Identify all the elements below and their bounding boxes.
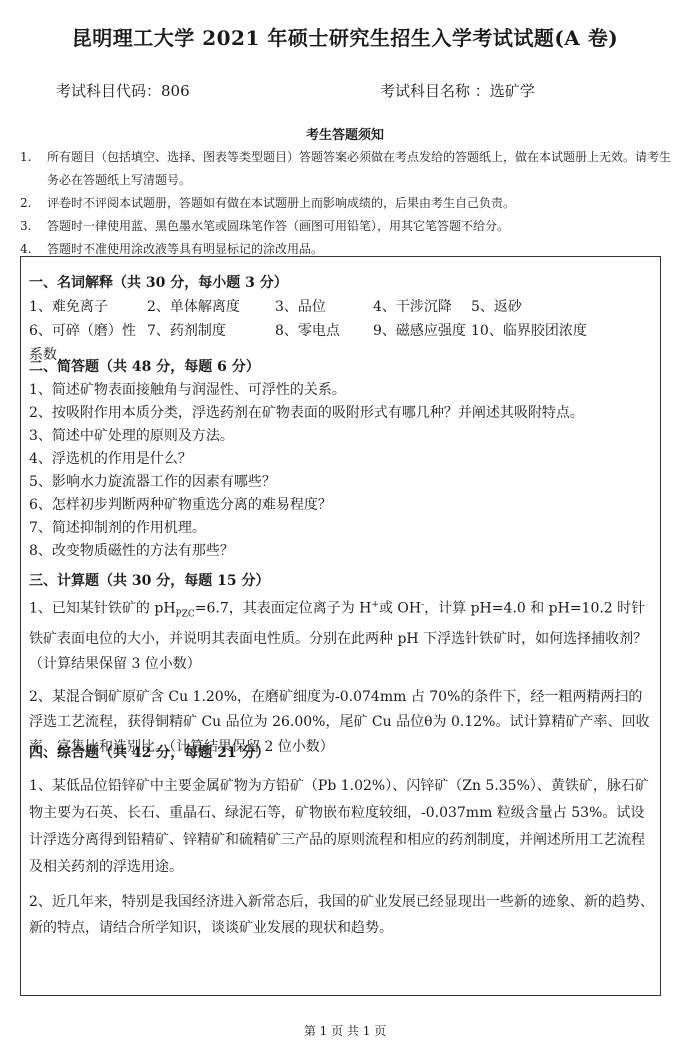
notice-item: 3. 答题时一律使用蓝、黑色墨水笔或圆珠笔作答（画图可用铅笔），用其它笔答题不给… <box>20 215 680 238</box>
section-heading: 二、简答题（共 48 分，每题 6 分） <box>29 355 654 379</box>
section-term-definitions: 一、名词解释（共 30 分，每小题 3 分） 1、难免离子 2、单体解离度 3、… <box>29 271 654 367</box>
notice-item: 2. 评卷时不评阅本试题册，答题如有做在本试题册上而影响成绩的，后果由考生自己负… <box>20 192 680 215</box>
question: 2、按吸附作用本质分类，浮选药剂在矿物表面的吸附形式有哪几种？并阐述其吸附特点。 <box>29 402 654 425</box>
notice-text: 所有题目（包括填空、选择、图表等类型题目）答题答案必须做在考点发给的答题纸上，做… <box>47 146 680 192</box>
question: 1、某低品位铅锌矿中主要金属矿物为方铅矿（Pb 1.02%）、闪锌矿（Zn 5.… <box>29 773 654 881</box>
question: 8、改变物质磁性的方法有那些？ <box>29 540 654 563</box>
notice-list: 1. 所有题目（包括填空、选择、图表等类型题目）答题答案必须做在考点发给的答题纸… <box>20 146 680 261</box>
question-text: 或 OH <box>379 601 421 617</box>
section-heading: 三、计算题（共 30 分，每题 15 分） <box>29 569 654 593</box>
section-calculation: 三、计算题（共 30 分，每题 15 分） 1、已知某针铁矿的 pHPZC=6.… <box>29 569 654 760</box>
term-item: 1、难免离子 <box>29 295 147 319</box>
question-text: 1、已知某针铁矿的 pH <box>29 601 176 617</box>
question: 6、怎样初步判断两种矿物重选分离的难易程度？ <box>29 494 654 517</box>
notice-item: 1. 所有题目（包括填空、选择、图表等类型题目）答题答案必须做在考点发给的答题纸… <box>20 146 680 192</box>
section-short-answer: 二、简答题（共 48 分，每题 6 分） 1、简述矿物表面接触角与润湿性、可浮性… <box>29 355 654 563</box>
page-number: 第 1 页 共 1 页 <box>0 1022 690 1039</box>
question: 4、浮选机的作用是什么？ <box>29 448 654 471</box>
notice-number: 2. <box>20 192 47 215</box>
term-item: 4、干涉沉降 <box>373 295 471 319</box>
notice-text: 评卷时不评阅本试题册，答题如有做在本试题册上而影响成绩的，后果由考生自己负责。 <box>47 192 680 215</box>
term-item: 5、返砂 <box>471 295 601 319</box>
question: 2、近几年来，特别是我国经济进入新常态后，我国的矿业发展已经显现出一些新的迹象、… <box>29 889 654 941</box>
question-text: =6.7，其表面定位离子为 H <box>195 601 372 617</box>
question: 5、影响水力旋流器工作的因素有哪些？ <box>29 471 654 494</box>
term-item: 2、单体解离度 <box>147 295 275 319</box>
term-item: 3、品位 <box>275 295 373 319</box>
notice-number: 3. <box>20 215 47 238</box>
section-heading: 一、名词解释（共 30 分，每小题 3 分） <box>29 271 654 295</box>
exam-title: 昆明理工大学 2021 年硕士研究生招生入学考试试题(A 卷) <box>0 22 690 51</box>
question: 7、简述抑制剂的作用机理。 <box>29 517 654 540</box>
question: 3、简述中矿处理的原则及方法。 <box>29 425 654 448</box>
subject-name: 考试科目名称 ：选矿学 <box>380 80 535 101</box>
superscript: + <box>371 600 379 610</box>
notice-number: 1. <box>20 146 47 192</box>
section-comprehensive: 四、综合题（共 42 分，每题 21 分） 1、某低品位铅锌矿中主要金属矿物为方… <box>29 741 654 941</box>
questions-box: 一、名词解释（共 30 分，每小题 3 分） 1、难免离子 2、单体解离度 3、… <box>20 256 661 996</box>
question: 1、简述矿物表面接触角与润湿性、可浮性的关系。 <box>29 379 654 402</box>
section-heading: 四、综合题（共 42 分，每题 21 分） <box>29 741 654 765</box>
subject-code: 考试科目代码：806 <box>56 80 190 101</box>
notice-title: 考生答题须知 <box>0 124 690 143</box>
question: 1、已知某针铁矿的 pHPZC=6.7，其表面定位离子为 H+或 OH-，计算 … <box>29 593 654 677</box>
notice-text: 答题时一律使用蓝、黑色墨水笔或圆珠笔作答（画图可用铅笔），用其它笔答题不给分。 <box>47 215 680 238</box>
subscript: PZC <box>176 609 195 619</box>
